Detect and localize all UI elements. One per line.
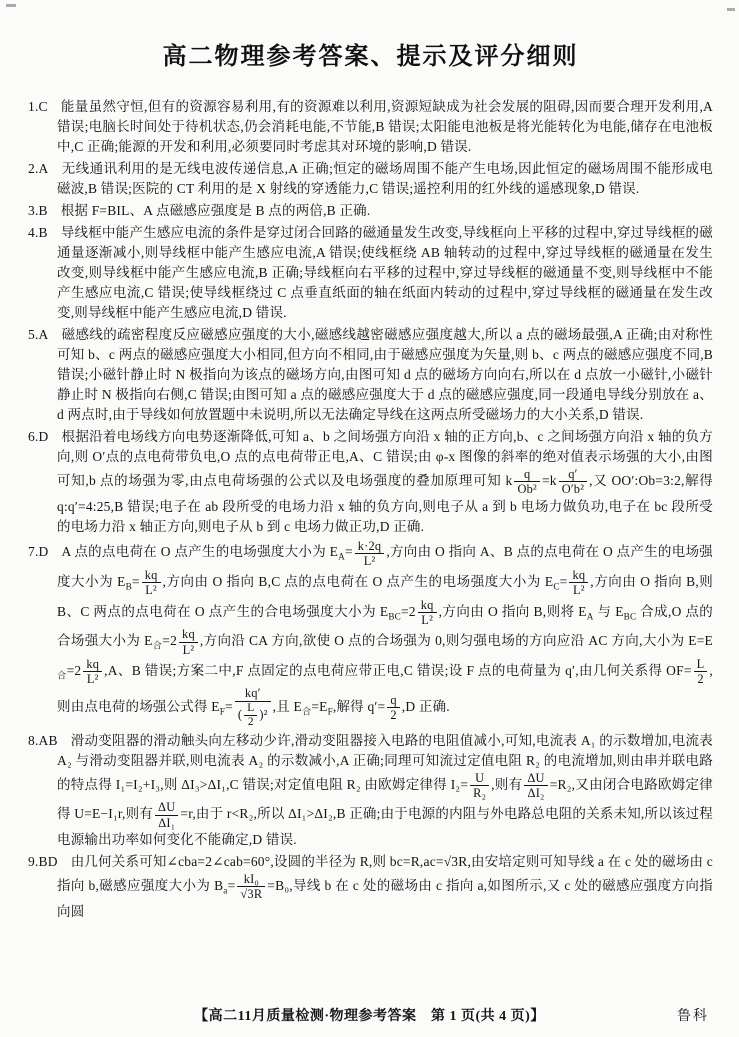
item-number-answer: 6.D xyxy=(28,429,48,444)
fraction: q2 xyxy=(387,693,399,723)
item-explanation: 滑动变阻器的滑动触头向左移动少许,滑动变阻器接入电路的电阻值减小,可知,电流表 … xyxy=(57,733,713,847)
item-explanation: 能量虽然守恒,但有的资源容易利用,有的资源难以利用,资源短缺成为社会发展的阻碍,… xyxy=(57,99,713,154)
fraction: kI₀√3R xyxy=(237,872,265,902)
scan-artifact xyxy=(6,4,16,7)
answer-item: 3.B根据 F=BIL、A 点磁感应强度是 B 点的两倍,B 正确. xyxy=(28,201,713,221)
footer-edition-label: 鲁科 xyxy=(677,1005,709,1025)
answer-item: 9.BD由几何关系可知∠cba=2∠cab=60°,设圆的半径为 R,则 bc=… xyxy=(28,852,713,922)
item-number-answer: 8.AB xyxy=(28,733,58,748)
answer-item: 8.AB滑动变阻器的滑动触头向左移动少许,滑动变阻器接入电路的电阻值减小,可知,… xyxy=(28,731,713,850)
answer-item: 6.D根据沿着电场线方向电势逐渐降低,可知 a、b 之间场强方向沿 x 轴的正方… xyxy=(28,427,713,537)
item-explanation: 根据沿着电场线方向电势逐渐降低,可知 a、b 之间场强方向沿 x 轴的正方向,b… xyxy=(57,429,713,534)
answer-item: 1.C能量虽然守恒,但有的资源容易利用,有的资源难以利用,资源短缺成为社会发展的… xyxy=(28,97,713,157)
fraction: L2 xyxy=(694,657,708,687)
item-number-answer: 2.A xyxy=(28,161,48,176)
fraction: L2 xyxy=(244,702,257,729)
item-explanation: 无线通讯利用的是无线电波传递信息,A 正确;恒定的磁场周围不能产生电场,因此恒定… xyxy=(57,161,713,196)
fraction: kqL² xyxy=(418,598,437,628)
item-number-answer: 1.C xyxy=(28,99,48,114)
item-number-answer: 5.A xyxy=(28,327,48,342)
scan-artifact xyxy=(727,8,735,11)
answer-item: 4.B导线框中能产生感应电流的条件是穿过闭合回路的磁通量发生改变,导线框向上平移… xyxy=(28,223,713,323)
fraction: q′O′b² xyxy=(559,467,587,497)
fraction: qOb² xyxy=(514,467,539,497)
item-explanation: 由几何关系可知∠cba=2∠cab=60°,设圆的半径为 R,则 bc=R,ac… xyxy=(57,854,713,919)
item-number-answer: 4.B xyxy=(28,225,48,240)
answer-item: 7.DA 点的点电荷在 O 点产生的电场强度大小为 EA=k·2qL²,方向由 … xyxy=(28,539,713,729)
answer-item: 5.A磁感线的疏密程度反应磁感应强度的大小,磁感线越密磁感应强度越大,所以 a … xyxy=(28,325,713,425)
answer-sheet-page: 高二物理参考答案、提示及评分细则 1.C能量虽然守恒,但有的资源容易利用,有的资… xyxy=(0,0,739,1037)
fraction: ΔUΔI₁ xyxy=(155,800,178,830)
fraction: k·2qL² xyxy=(355,539,385,569)
answer-list: 1.C能量虽然守恒,但有的资源容易利用,有的资源难以利用,资源短缺成为社会发展的… xyxy=(28,97,713,922)
fraction: kqL² xyxy=(179,627,198,657)
item-explanation: A 点的点电荷在 O 点产生的电场强度大小为 EA=k·2qL²,方向由 O 指… xyxy=(57,544,713,713)
page-footer: 【高二11月质量检测·物理参考答案 第 1 页(共 4 页)】 鲁科 xyxy=(0,1005,739,1025)
item-number-answer: 3.B xyxy=(28,203,48,218)
fraction: ΔUΔI₂ xyxy=(524,771,547,801)
item-explanation: 根据 F=BIL、A 点磁感应强度是 B 点的两倍,B 正确. xyxy=(61,203,371,218)
fraction: kqL² xyxy=(569,568,588,598)
page-title: 高二物理参考答案、提示及评分细则 xyxy=(28,36,713,71)
item-number-answer: 7.D xyxy=(28,544,48,559)
item-explanation: 导线框中能产生感应电流的条件是穿过闭合回路的磁通量发生改变,导线框向上平移的过程… xyxy=(57,225,713,320)
fraction: kq′(L2)² xyxy=(235,686,271,729)
fraction: kqL² xyxy=(83,657,102,687)
fraction: kqL² xyxy=(142,568,161,598)
fraction: UR₂ xyxy=(470,771,489,801)
item-explanation: 磁感线的疏密程度反应磁感应强度的大小,磁感线越密磁感应强度越大,所以 a 点的磁… xyxy=(57,327,713,422)
answer-item: 2.A无线通讯利用的是无线电波传递信息,A 正确;恒定的磁场周围不能产生电场,因… xyxy=(28,159,713,199)
item-number-answer: 9.BD xyxy=(28,854,58,869)
footer-page-info: 【高二11月质量检测·物理参考答案 第 1 页(共 4 页)】 xyxy=(194,1009,545,1024)
